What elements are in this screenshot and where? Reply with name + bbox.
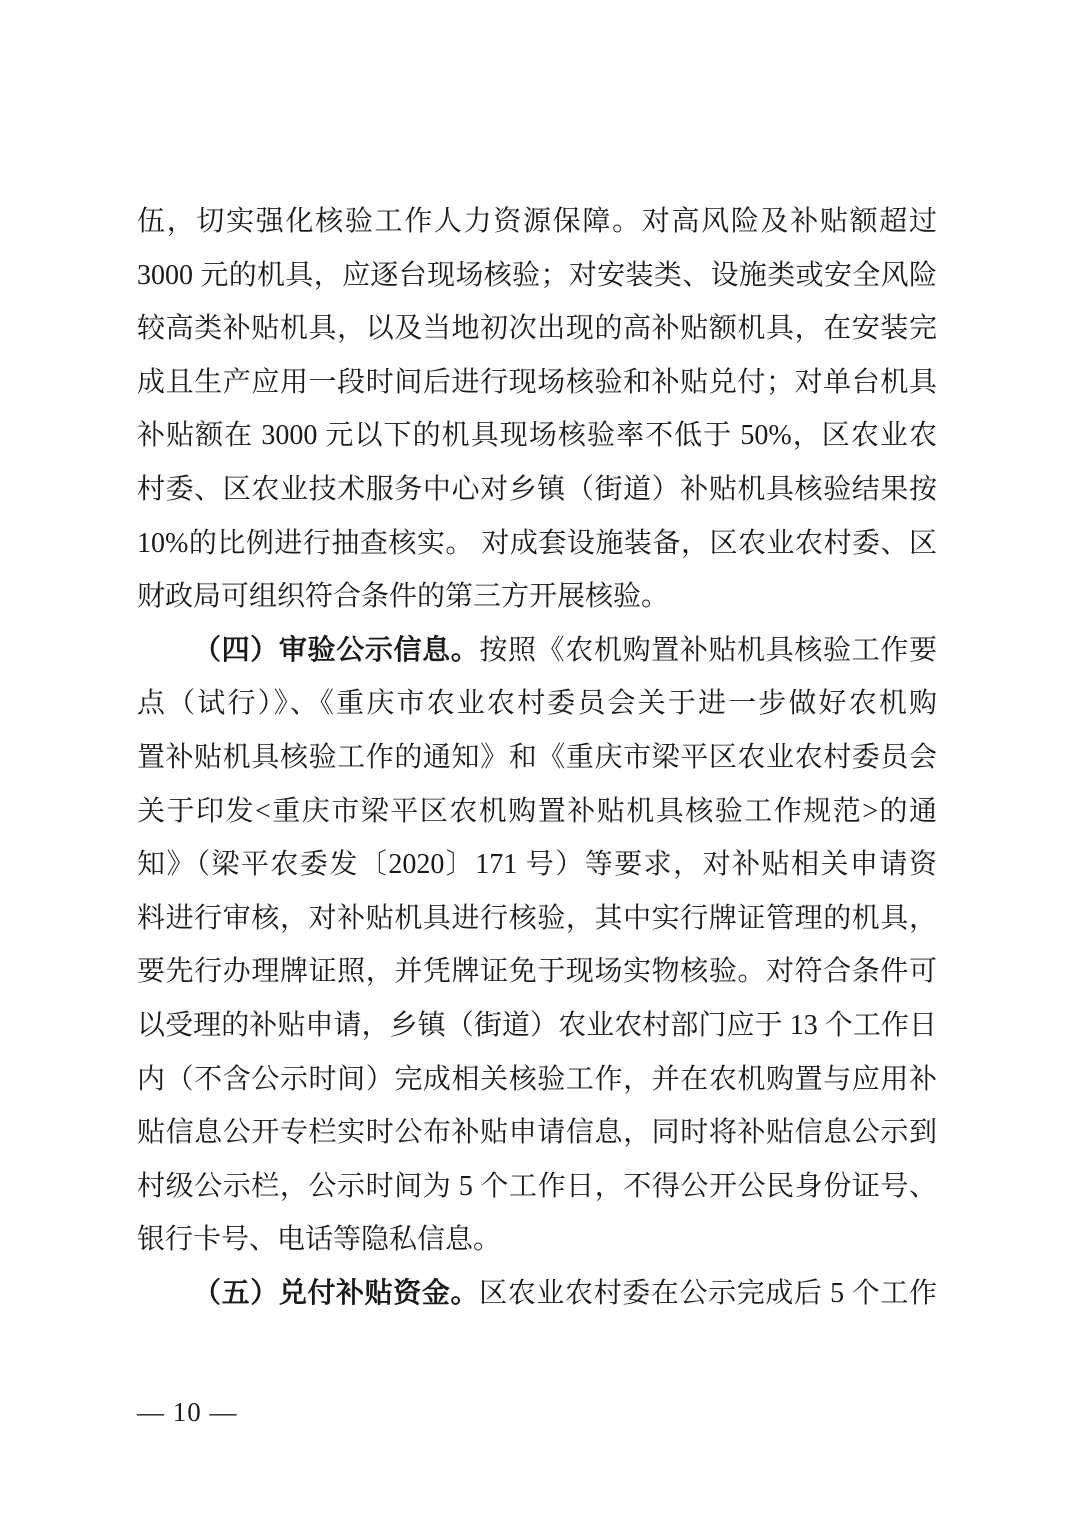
text-line: 10%的比例进行抽查核实。 对成套设施装备，区农业农村委、区 [137, 517, 937, 571]
text-line: 成且生产应用一段时间后进行现场核验和补贴兑付；对单台机具 [137, 356, 937, 410]
document-body: 伍，切实强化核验工作人力资源保障。对高风险及补贴额超过3000 元的机具，应逐台… [137, 195, 937, 1320]
text-line: 财政局可组织符合条件的第三方开展核验。 [137, 570, 937, 624]
text-line: （五）兑付补贴资金。区农业农村委在公示完成后 5 个工作 [137, 1267, 937, 1321]
text-line: 以受理的补贴申请，乡镇（街道）农业农村部门应于 13 个工作日 [137, 999, 937, 1053]
text-line: 料进行审核，对补贴机具进行核验，其中实行牌证管理的机具， [137, 892, 937, 946]
text-line: 伍，切实强化核验工作人力资源保障。对高风险及补贴额超过 [137, 195, 937, 249]
text-line: 银行卡号、电话等隐私信息。 [137, 1213, 937, 1267]
text-line: 3000 元的机具，应逐台现场核验；对安装类、设施类或安全风险 [137, 249, 937, 303]
document-page: 伍，切实强化核验工作人力资源保障。对高风险及补贴额超过3000 元的机具，应逐台… [0, 0, 1074, 1520]
text-line: 较高类补贴机具，以及当地初次出现的高补贴额机具，在安装完 [137, 302, 937, 356]
text-line: 贴信息公开专栏实时公布补贴申请信息，同时将补贴信息公示到 [137, 1106, 937, 1160]
paragraph-text: 区农业农村委在公示完成后 5 个工作 [479, 1278, 937, 1309]
paragraph-text: 按照《农机购置补贴机具核验工作要 [479, 635, 937, 666]
text-line: 补贴额在 3000 元以下的机具现场核验率不低于 50%，区农业农 [137, 409, 937, 463]
paragraph-heading-bold: （四）审验公示信息。 [193, 635, 479, 666]
text-line: 置补贴机具核验工作的通知》和《重庆市梁平区农业农村委员会 [137, 731, 937, 785]
text-line: （四）审验公示信息。按照《农机购置补贴机具核验工作要 [137, 624, 937, 678]
text-line: 内（不含公示时间）完成相关核验工作，并在农机购置与应用补 [137, 1053, 937, 1107]
text-line: 村级公示栏，公示时间为 5 个工作日，不得公开公民身份证号、 [137, 1160, 937, 1214]
text-line: 知》（梁平农委发〔2020〕171 号）等要求，对补贴相关申请资 [137, 838, 937, 892]
text-line: 要先行办理牌证照，并凭牌证免于现场实物核验。对符合条件可 [137, 945, 937, 999]
text-line: 村委、区农业技术服务中心对乡镇（街道）补贴机具核验结果按 [137, 463, 937, 517]
paragraph-heading-bold: （五）兑付补贴资金。 [193, 1278, 479, 1309]
text-line: 点（试行）》、《重庆市农业农村委员会关于进一步做好农机购 [137, 677, 937, 731]
page-number: — 10 — [137, 1394, 238, 1430]
text-line: 关于印发<重庆市梁平区农机购置补贴机具核验工作规范>的通 [137, 785, 937, 839]
